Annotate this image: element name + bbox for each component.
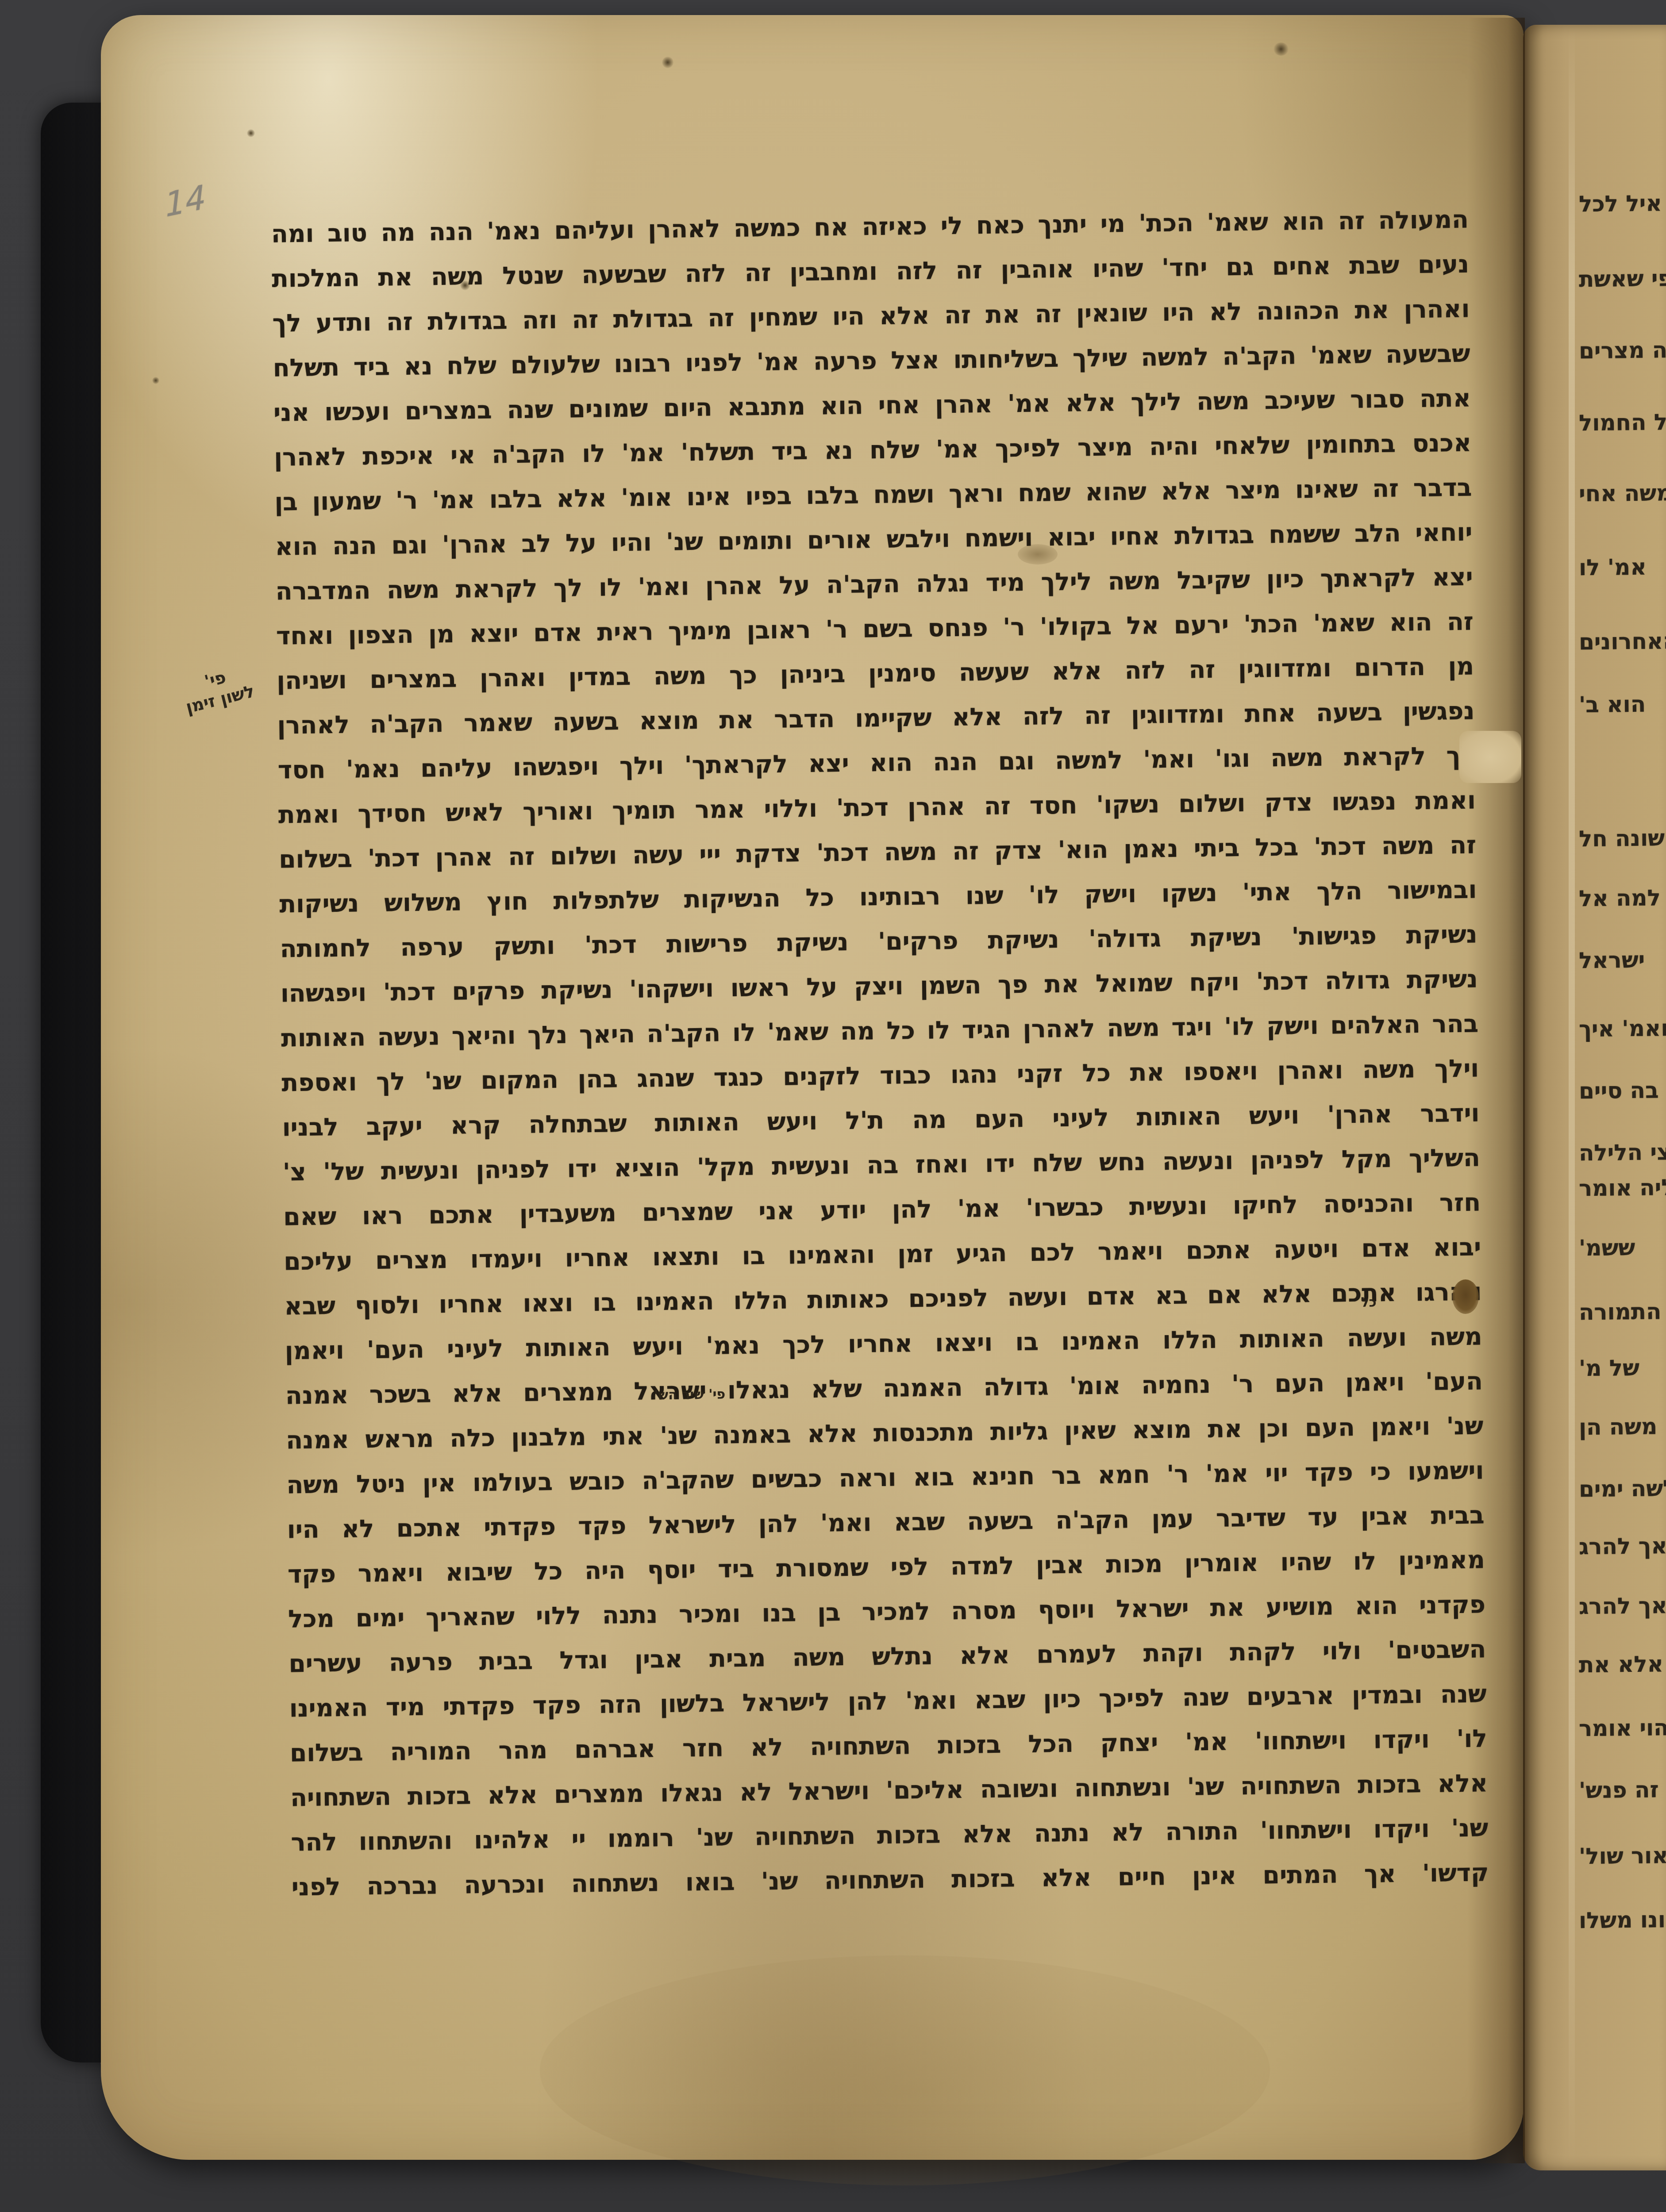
- neighbor-line-fragment-19: משה הן: [1579, 1413, 1666, 1440]
- neighbor-line-fragment-12: ואמ' איך: [1579, 1014, 1666, 1042]
- neighbor-line-fragment-17: בת התמורה: [1579, 1298, 1666, 1325]
- foxing-spot: [460, 280, 470, 290]
- neighbor-line-fragment-7: האחרונים: [1579, 627, 1666, 655]
- neighbor-line-fragment-16: ששמ': [1579, 1233, 1666, 1261]
- neighbor-line-fragment-26: אור שול': [1579, 1842, 1666, 1870]
- repair-patch: [1459, 731, 1521, 783]
- neighbor-line-fragment-5: משה אחי: [1579, 479, 1666, 507]
- neighbor-line-fragment-27: כמונו משלו: [1579, 1906, 1666, 1934]
- ink-blot-stain: [1452, 1279, 1479, 1314]
- neighbor-line-fragment-14: חצי הלילה: [1579, 1138, 1666, 1166]
- neighbor-line-fragment-4: בל החמול: [1579, 408, 1666, 436]
- foxing-spot: [247, 129, 255, 137]
- neighbor-line-fragment-6: אמ' לו: [1579, 553, 1666, 580]
- manuscript-photo: 14 פי' לשון זימן כל פי' שיר הש' המעולה ז…: [0, 0, 1666, 2212]
- foxing-spot: [1274, 42, 1289, 56]
- foxing-spot: [662, 57, 673, 68]
- neighbor-line-fragment-1: איל לכל: [1579, 189, 1666, 217]
- neighbor-line-fragment-24: הוי אומר: [1579, 1714, 1666, 1741]
- text-block: כל פי' שיר הש' המעולה זה הוא שאמ' הכת' מ…: [271, 197, 1489, 1928]
- neighbor-line-fragment-3: נה מצרים: [1579, 336, 1666, 364]
- neighbor-line-fragment-8: הוא ב': [1579, 690, 1666, 718]
- neighbor-line-fragment-20: לשה ימים: [1579, 1475, 1666, 1502]
- neighbor-line-fragment-2: לפי שאשת: [1579, 265, 1666, 292]
- neighbor-line-fragment-13: בה סיים: [1579, 1076, 1666, 1104]
- neighbor-line-fragment-25: זה פנש': [1579, 1776, 1666, 1803]
- neighbor-line-fragment-9: שונה חל: [1579, 824, 1666, 852]
- foxing-spot: [152, 377, 159, 384]
- neighbor-line-fragment-21: לאך להרג: [1579, 1532, 1666, 1559]
- interlinear-gloss-shir-hashirim: פי' שיר הש': [654, 1386, 725, 1403]
- neighbor-line-fragment-15: ליה אומר: [1579, 1174, 1666, 1201]
- neighbor-line-fragment-22: לאך להרג: [1579, 1592, 1666, 1619]
- small-stain: [1018, 544, 1058, 565]
- neighbor-line-fragment-23: שה אלא את: [1579, 1650, 1666, 1678]
- neighbor-line-fragment-18: של מ': [1579, 1354, 1666, 1381]
- folio-fold-highlight: [1569, 27, 1575, 2168]
- interlinear-gloss-kol: כל: [1361, 1294, 1377, 1310]
- neighbor-line-fragment-11: ישראל: [1579, 946, 1666, 973]
- neighbor-line-fragment-10: למה אל: [1579, 884, 1666, 911]
- water-stain: [540, 1955, 1270, 2185]
